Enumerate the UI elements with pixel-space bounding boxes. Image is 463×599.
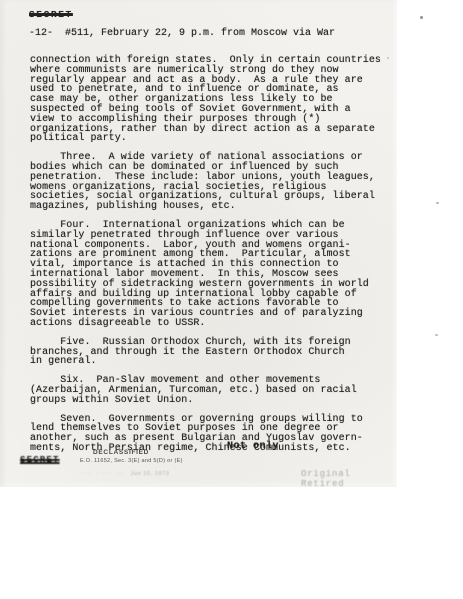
page-header-line: -12- #511, February 22, 9 p.m. from Mosc… <box>29 28 335 39</box>
document-body: connection with foreign states. Only in … <box>30 56 398 463</box>
paragraph-six: Six. Pan-Slav movement and other movemen… <box>30 376 398 405</box>
scan-speck <box>420 16 423 19</box>
executive-order-stamp-line: E.O. 11652, Sec. 3(E) and 5(D) or (E) <box>80 458 183 464</box>
paragraph-continuation: connection with foreign states. Only in … <box>30 56 398 144</box>
paragraph-three: Three. A wide variety of national associ… <box>30 153 398 212</box>
declassification-stamp: DECLASSIFIED E.O. 11652, Sec. 3(E) and 5… <box>80 449 183 477</box>
paragraph-five: Five. Russian Orthodox Church, with its … <box>30 338 398 367</box>
scan-speck <box>435 334 438 336</box>
declassified-stamp-title: DECLASSIFIED <box>93 449 183 456</box>
archival-note-original-retired: Original Retired <box>301 469 397 489</box>
paragraph-four: Four. International organizations which … <box>30 221 398 329</box>
classification-stamp-top: SECRET <box>29 9 73 20</box>
scanned-document-page: SECRET -12- #511, February 22, 9 p.m. fr… <box>0 0 397 487</box>
stamp-date-line-illegible: ·· ·· · ·· ·· ··· Jun 10, 1973 <box>80 471 183 477</box>
scan-speck <box>436 202 439 204</box>
screenshot-canvas: SECRET -12- #511, February 22, 9 p.m. fr… <box>0 0 463 599</box>
catchword-not-only: Not only <box>227 441 279 452</box>
paragraph-seven: Seven. Governments or governing groups w… <box>30 415 398 454</box>
scan-speck <box>387 57 389 59</box>
classification-stamp-bottom: SECRET <box>20 455 60 465</box>
